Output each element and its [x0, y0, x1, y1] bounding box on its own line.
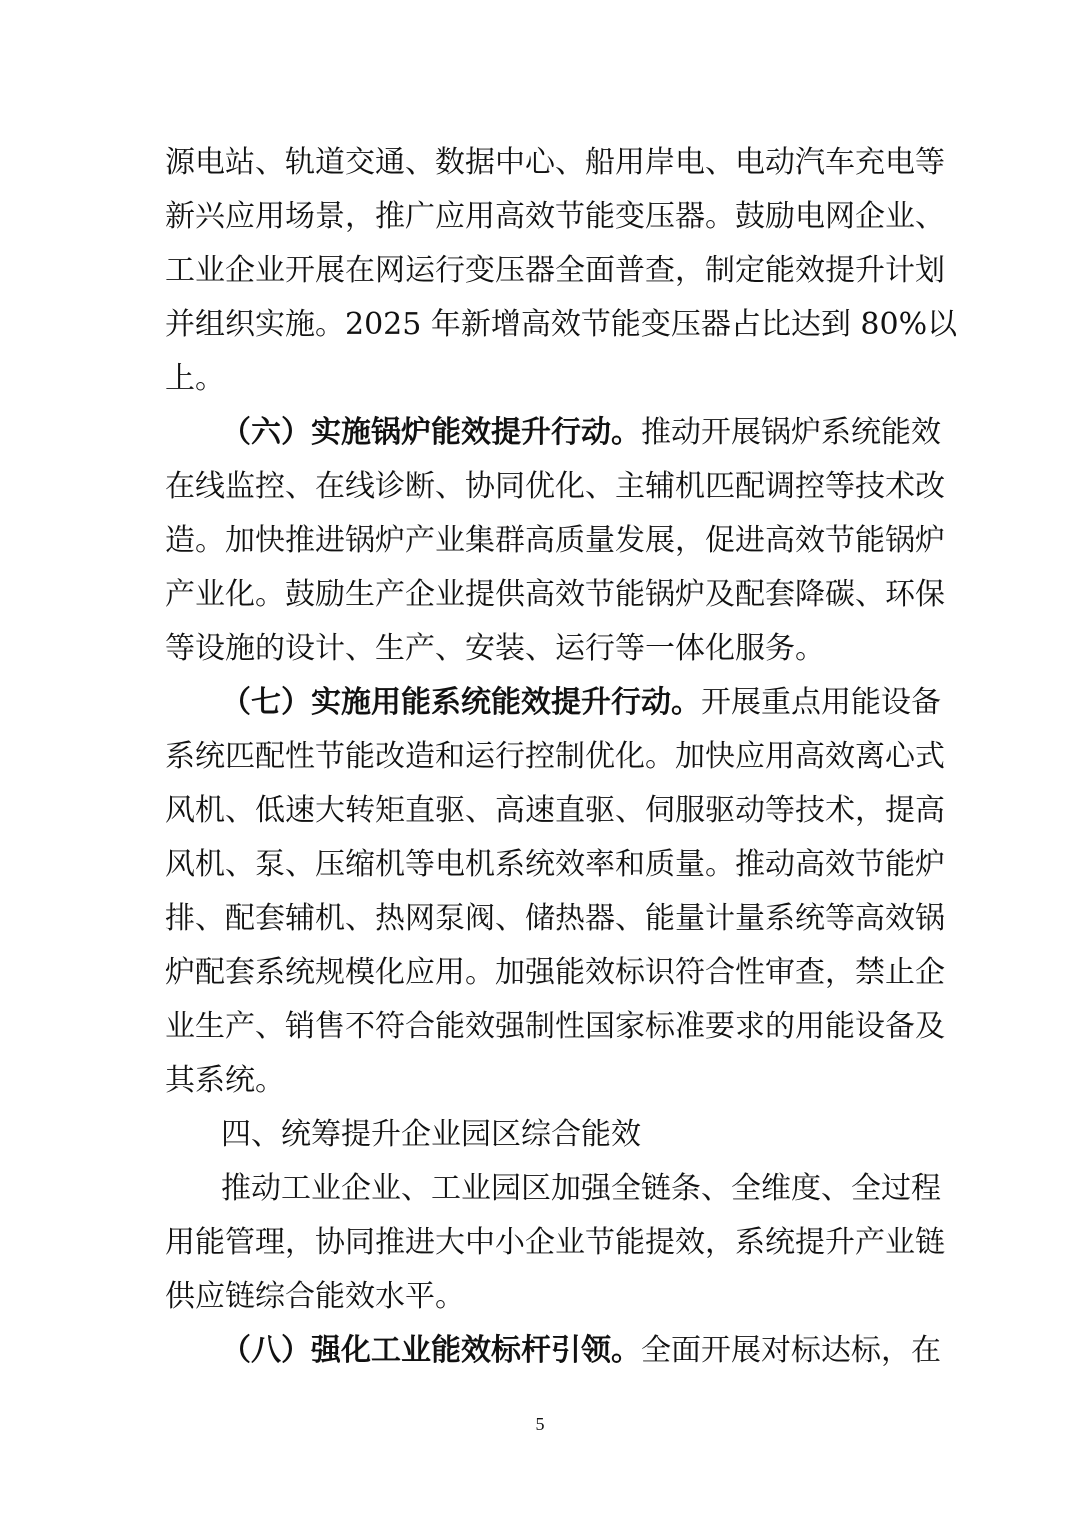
text-line: 新兴应用场景，推广应用高效节能变压器。鼓励电网企业、	[165, 190, 917, 244]
text-line: 供应链综合能效水平。	[165, 1270, 917, 1324]
text-line: 造。加快推进锅炉产业集群高质量发展，促进高效节能锅炉	[165, 514, 917, 568]
text-line: 炉配套系统规模化应用。加强能效标识符合性审查，禁止企	[165, 946, 917, 1000]
text-line: 等设施的设计、生产、安装、运行等一体化服务。	[165, 622, 917, 676]
paragraph-section-4-intro: 推动工业企业、工业园区加强全链条、全维度、全过程 用能管理，协同推进大中小企业节…	[165, 1162, 917, 1324]
text-line: 源电站、轨道交通、数据中心、船用岸电、电动汽车充电等	[165, 136, 917, 190]
text-run: 开展重点用能设备	[701, 685, 941, 720]
text-run: 推动开展锅炉系统能效	[641, 415, 941, 450]
paragraph-boiler: （六）实施锅炉能效提升行动。推动开展锅炉系统能效 在线监控、在线诊断、协同优化、…	[165, 406, 917, 676]
paragraph-title: （八）强化工业能效标杆引领。	[221, 1333, 641, 1368]
text-line: 风机、泵、压缩机等电机系统效率和质量。推动高效节能炉	[165, 838, 917, 892]
text-line: （七）实施用能系统能效提升行动。开展重点用能设备	[165, 676, 917, 730]
paragraph-title: （六）实施锅炉能效提升行动。	[221, 415, 641, 450]
text-line: 用能管理，协同推进大中小企业节能提效，系统提升产业链	[165, 1216, 917, 1270]
paragraph-benchmark: （八）强化工业能效标杆引领。全面开展对标达标，在	[165, 1324, 917, 1378]
text-line: 上。	[165, 352, 917, 406]
text-line: 排、配套辅机、热网泵阀、储热器、能量计量系统等高效锅	[165, 892, 917, 946]
paragraph-energy-system: （七）实施用能系统能效提升行动。开展重点用能设备 系统匹配性节能改造和运行控制优…	[165, 676, 917, 1108]
section-heading: 四、统筹提升企业园区综合能效	[165, 1108, 917, 1162]
page-number: 5	[0, 1414, 1080, 1435]
text-line: 并组织实施。2025 年新增高效节能变压器占比达到 80%以	[165, 298, 917, 352]
text-line: （六）实施锅炉能效提升行动。推动开展锅炉系统能效	[165, 406, 917, 460]
text-line: 系统匹配性节能改造和运行控制优化。加快应用高效离心式	[165, 730, 917, 784]
text-line: 业生产、销售不符合能效强制性国家标准要求的用能设备及	[165, 1000, 917, 1054]
paragraph-transformer: 源电站、轨道交通、数据中心、船用岸电、电动汽车充电等 新兴应用场景，推广应用高效…	[165, 136, 917, 406]
text-line: 工业企业开展在网运行变压器全面普查，制定能效提升计划	[165, 244, 917, 298]
document-page: 源电站、轨道交通、数据中心、船用岸电、电动汽车充电等 新兴应用场景，推广应用高效…	[165, 136, 917, 1378]
text-line: 在线监控、在线诊断、协同优化、主辅机匹配调控等技术改	[165, 460, 917, 514]
text-line: 产业化。鼓励生产企业提供高效节能锅炉及配套降碳、环保	[165, 568, 917, 622]
text-line: 推动工业企业、工业园区加强全链条、全维度、全过程	[165, 1162, 917, 1216]
text-line: 其系统。	[165, 1054, 917, 1108]
paragraph-title: （七）实施用能系统能效提升行动。	[221, 685, 701, 720]
text-run: 全面开展对标达标，在	[641, 1333, 941, 1368]
text-line: 风机、低速大转矩直驱、高速直驱、伺服驱动等技术，提高	[165, 784, 917, 838]
text-line: （八）强化工业能效标杆引领。全面开展对标达标，在	[165, 1324, 917, 1378]
